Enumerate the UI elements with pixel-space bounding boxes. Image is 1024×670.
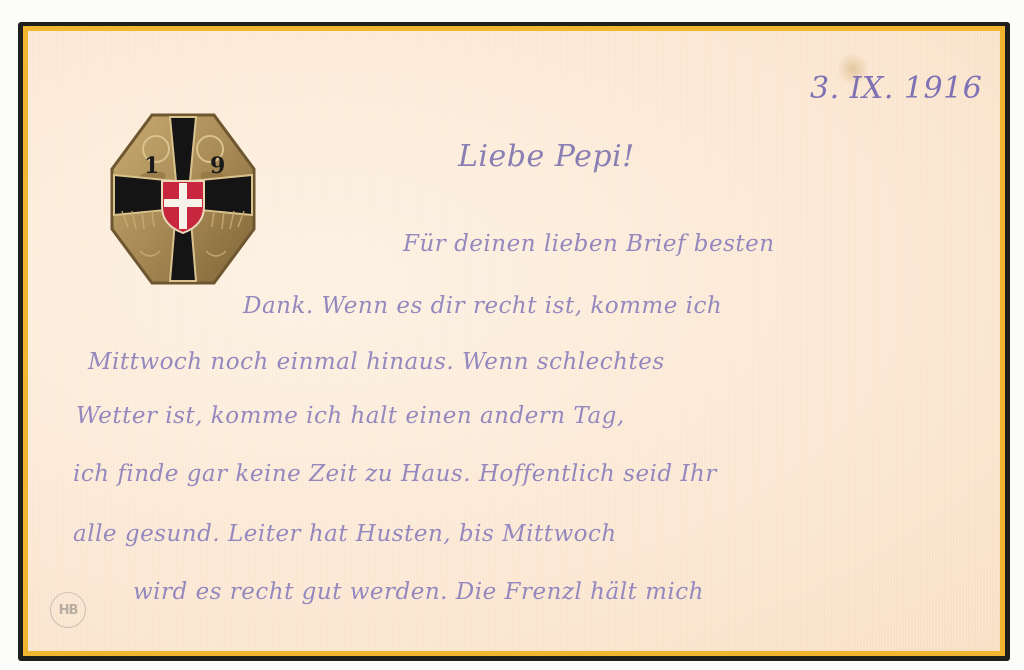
letter-line: alle gesund. Leiter hat Husten, bis Mitt… [73, 521, 617, 547]
postcard-gold-border: 1 9 3. IX. 1916 Liebe Pepi! Für deinen l… [23, 26, 1005, 656]
letter-greeting: Liebe Pepi! [458, 139, 635, 174]
letter-line: Wetter ist, komme ich halt einen andern … [76, 403, 625, 429]
svg-text:1: 1 [144, 153, 159, 179]
postcard: 1 9 3. IX. 1916 Liebe Pepi! Für deinen l… [18, 22, 1010, 661]
letter-line: Für deinen lieben Brief besten [403, 231, 775, 257]
crest-emblem-icon: 1 9 [110, 111, 256, 287]
postcard-scan: 1 9 3. IX. 1916 Liebe Pepi! Für deinen l… [0, 0, 1024, 670]
embossed-monogram-stamp: HB [50, 592, 86, 628]
postcard-paper: 1 9 3. IX. 1916 Liebe Pepi! Für deinen l… [28, 31, 1000, 651]
letter-line: ich finde gar keine Zeit zu Haus. Hoffen… [73, 461, 717, 487]
letter-line: Dank. Wenn es dir recht ist, komme ich [243, 293, 722, 319]
letter-date: 3. IX. 1916 [810, 71, 982, 106]
letter-line: wird es recht gut werden. Die Frenzl häl… [133, 579, 704, 605]
letter-line: Mittwoch noch einmal hinaus. Wenn schlec… [88, 349, 665, 375]
svg-text:9: 9 [210, 153, 225, 179]
